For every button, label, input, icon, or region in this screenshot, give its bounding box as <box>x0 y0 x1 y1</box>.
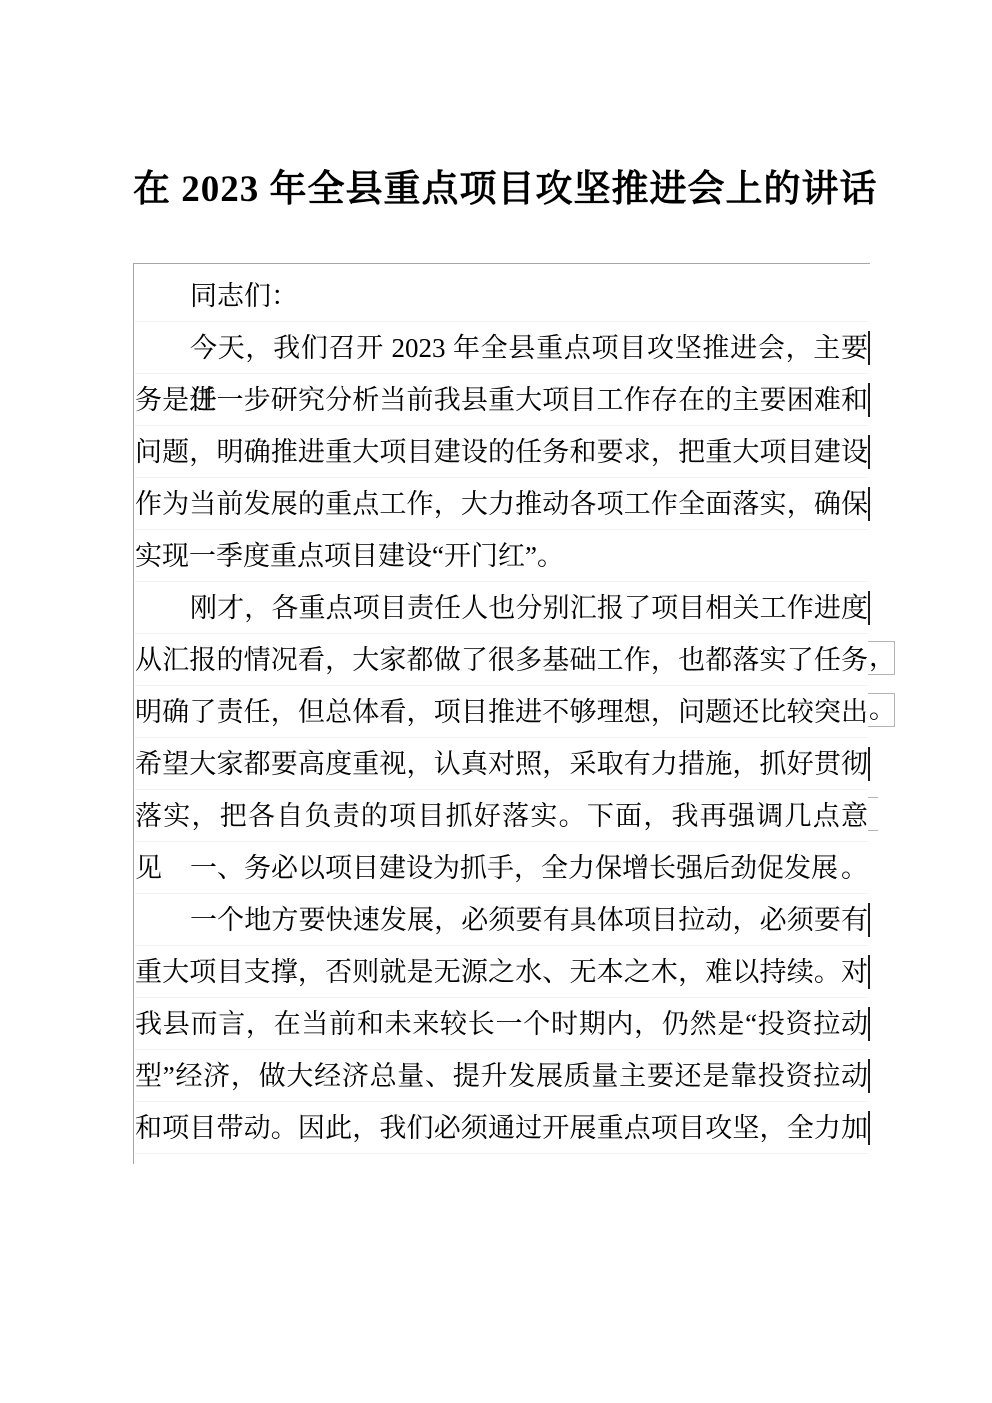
text-line: 一个地方要快速发展，必须要有具体项目拉动，必须要有 <box>135 894 868 946</box>
text-line: 重大项目支撑，否则就是无源之水、无本之木，难以持续。对 <box>135 946 868 998</box>
overflow-empty-box <box>868 797 878 831</box>
line-end-mark <box>868 383 870 417</box>
line-end-mark <box>868 955 870 989</box>
line-end-mark <box>868 331 870 365</box>
line-text: 一个地方要快速发展，必须要有具体项目拉动，必须要有 <box>190 905 868 935</box>
text-line: 今天，我们召开 2023 年全县重点项目攻坚推进会，主要任 <box>135 322 868 374</box>
text-line: 型”经济，做大经济总量、提升发展质量主要还是靠投资拉动 <box>135 1050 868 1102</box>
line-text: 和项目带动。因此，我们必须通过开展重点项目攻坚，全力加 <box>135 1113 868 1143</box>
text-line: 务是进一步研究分析当前我县重大项目工作存在的主要困难和 <box>135 374 868 426</box>
line-end-mark <box>868 435 870 469</box>
text-line: 和项目带动。因此，我们必须通过开展重点项目攻坚，全力加 <box>135 1102 868 1154</box>
line-text: 务是进一步研究分析当前我县重大项目工作存在的主要困难和 <box>135 385 868 415</box>
document-title: 在 2023 年全县重点项目攻坚推进会上的讲话 <box>133 164 869 216</box>
line-end-mark <box>868 487 870 521</box>
text-line: 从汇报的情况看，大家都做了很多基础工作，也都落实了任务 ， <box>135 634 868 686</box>
text-line: 刚才，各重点项目责任人也分别汇报了项目相关工作进度 <box>135 582 868 634</box>
line-text: 型”经济，做大经济总量、提升发展质量主要还是靠投资拉动 <box>135 1061 868 1091</box>
line-text: 刚才，各重点项目责任人也分别汇报了项目相关工作进度 <box>190 593 868 623</box>
overflow-punct-box: ， <box>868 641 895 675</box>
line-text: 同志们： <box>190 281 298 311</box>
line-text: 一、务必以项目建设为抓手，全力保增长强后劲促发展 <box>190 853 838 883</box>
text-line: 问题，明确推进重大项目建设的任务和要求，把重大项目建设 <box>135 426 868 478</box>
line-end-mark <box>868 1059 870 1093</box>
line-end-mark <box>868 591 870 625</box>
line-text: 从汇报的情况看，大家都做了很多基础工作，也都落实了任务 <box>135 645 868 675</box>
text-line: 明确了责任，但总体看，项目推进不够理想，问题还比较突出 。 <box>135 686 868 738</box>
page: 在 2023 年全县重点项目攻坚推进会上的讲话 同志们： 今天，我们召开 202… <box>0 0 992 1403</box>
line-text: 作为当前发展的重点工作，大力推动各项工作全面落实，确保 <box>135 489 868 519</box>
line-text: 我县而言，在当前和未来较长一个时期内，仍然是“投资拉动 <box>135 1009 868 1039</box>
line-text: 明确了责任，但总体看，项目推进不够理想，问题还比较突出 <box>135 697 868 727</box>
text-line: 一、务必以项目建设为抓手，全力保增长强后劲促发展 <box>135 842 868 894</box>
text-box: 同志们： 今天，我们召开 2023 年全县重点项目攻坚推进会，主要任 务是进一步… <box>133 263 870 1164</box>
text-line: 同志们： <box>135 270 868 322</box>
line-text: 问题，明确推进重大项目建设的任务和要求，把重大项目建设 <box>135 437 868 467</box>
line-text: 重大项目支撑，否则就是无源之水、无本之木，难以持续。对 <box>135 957 868 987</box>
line-text: 实现一季度重点项目建设“开门红”。 <box>135 541 564 571</box>
line-end-mark <box>868 747 870 781</box>
line-end-mark <box>868 1007 870 1041</box>
text-line: 我县而言，在当前和未来较长一个时期内，仍然是“投资拉动 <box>135 998 868 1050</box>
text-line: 作为当前发展的重点工作，大力推动各项工作全面落实，确保 <box>135 478 868 530</box>
line-end-mark <box>868 903 870 937</box>
overflow-punct-box: 。 <box>868 693 895 727</box>
line-text: 希望大家都要高度重视，认真对照，采取有力措施，抓好贯彻 <box>135 749 868 779</box>
text-line: 落实，把各自负责的项目抓好落实。下面，我再强调几点意见。 <box>135 790 868 842</box>
text-line: 实现一季度重点项目建设“开门红”。 <box>135 530 868 582</box>
text-line: 希望大家都要高度重视，认真对照，采取有力措施，抓好贯彻 <box>135 738 868 790</box>
line-end-mark <box>868 1111 870 1145</box>
